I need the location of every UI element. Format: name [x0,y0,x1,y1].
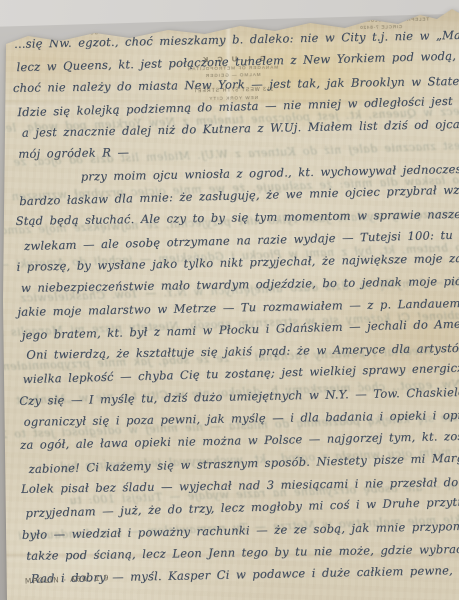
scanned-letter: CABLE ADDRESS GODOWSKY, N. Y. TELEPHONES… [0,0,459,600]
letter-page: CABLE ADDRESS GODOWSKY, N. Y. TELEPHONES… [0,0,459,600]
paper-shadow: CABLE ADDRESS GODOWSKY, N. Y. TELEPHONES… [0,0,459,600]
handwriting-body: ...się Nw. egzot., choć mieszkamy b. dal… [0,0,459,600]
cable-address-line: CABLE ADDRESS [26,22,118,31]
page-content: CABLE ADDRESS GODOWSKY, N. Y. TELEPHONES… [0,0,459,600]
